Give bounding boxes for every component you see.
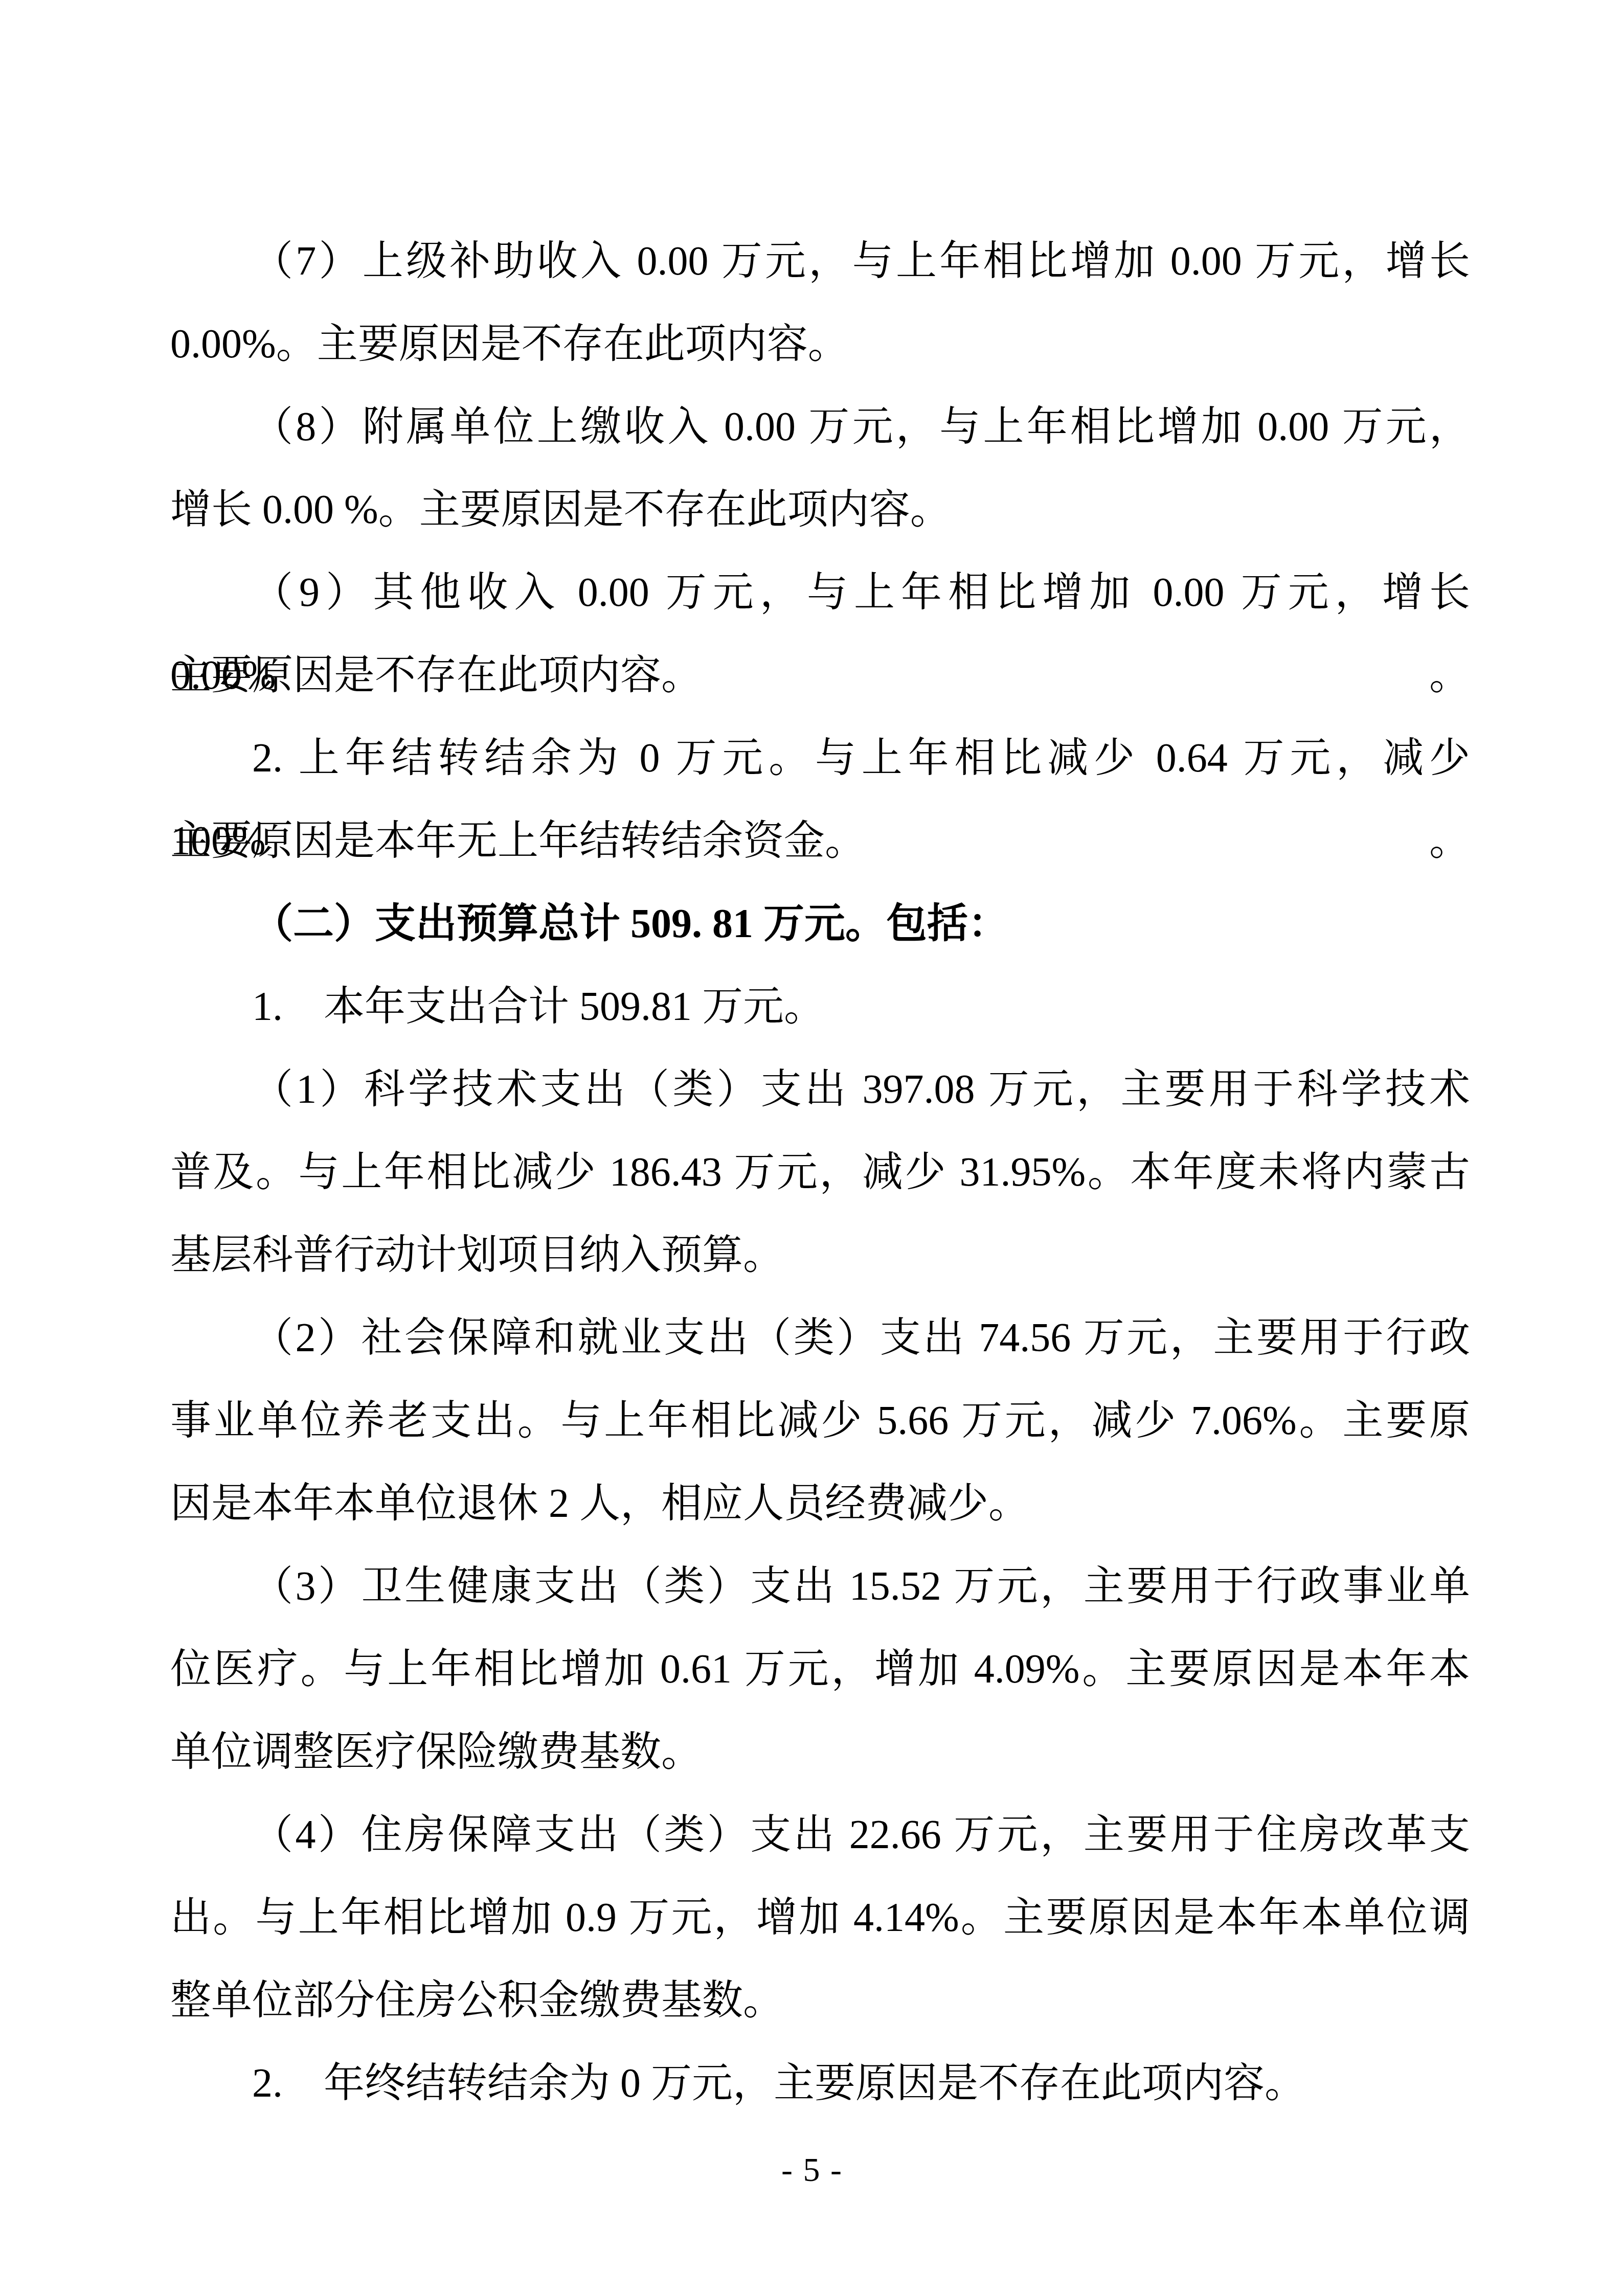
text-line: 单位调整医疗保险缴费基数。 — [170, 1711, 1470, 1793]
text-line: 2. 年终结转结余为 0 万元，主要原因是不存在此项内容。 — [170, 2042, 1470, 2125]
text-line: （8）附属单位上缴收入 0.00 万元，与上年相比增加 0.00 万元， — [170, 385, 1470, 468]
text-line: 增长 0.00 %。主要原因是不存在此项内容。 — [170, 468, 1470, 551]
page-footer: - 5 - — [0, 2152, 1624, 2188]
document-body: （7）上级补助收入 0.00 万元，与上年相比增加 0.00 万元，增长0.00… — [170, 220, 1470, 2125]
text-line: 位医疗。与上年相比增加 0.61 万元，增加 4.09%。主要原因是本年本 — [170, 1628, 1470, 1711]
page-number: - 5 - — [781, 2151, 843, 2189]
text-line: 普及。与上年相比减少 186.43 万元，减少 31.95%。本年度未将内蒙古 — [170, 1131, 1470, 1214]
text-line: 基层科普行动计划项目纳入预算。 — [170, 1214, 1470, 1297]
text-line: 整单位部分住房公积金缴费基数。 — [170, 1959, 1470, 2042]
document-page: （7）上级补助收入 0.00 万元，与上年相比增加 0.00 万元，增长0.00… — [0, 0, 1624, 2296]
text-line: （1）科学技术支出（类）支出 397.08 万元，主要用于科学技术 — [170, 1048, 1470, 1131]
text-line: 1. 本年支出合计 509.81 万元。 — [170, 965, 1470, 1048]
text-line: （4）住房保障支出（类）支出 22.66 万元，主要用于住房改革支 — [170, 1793, 1470, 1876]
text-line: （二）支出预算总计 509. 81 万元。包括： — [170, 882, 1470, 965]
text-line: 2. 上年结转结余为 0 万元。与上年相比减少 0.64 万元，减少 100%。 — [170, 717, 1470, 800]
text-line: 因是本年本单位退休 2 人，相应人员经费减少。 — [170, 1462, 1470, 1545]
text-line: 事业单位养老支出。与上年相比减少 5.66 万元，减少 7.06%。主要原 — [170, 1379, 1470, 1462]
text-line: 出。与上年相比增加 0.9 万元，增加 4.14%。主要原因是本年本单位调 — [170, 1876, 1470, 1959]
text-line: （2）社会保障和就业支出（类）支出 74.56 万元，主要用于行政 — [170, 1297, 1470, 1379]
text-line: （7）上级补助收入 0.00 万元，与上年相比增加 0.00 万元，增长 — [170, 220, 1470, 303]
text-line: （9）其他收入 0.00 万元，与上年相比增加 0.00 万元，增长 0.00%… — [170, 551, 1470, 634]
text-line: 0.00%。主要原因是不存在此项内容。 — [170, 303, 1470, 385]
text-line: （3）卫生健康支出（类）支出 15.52 万元，主要用于行政事业单 — [170, 1545, 1470, 1628]
